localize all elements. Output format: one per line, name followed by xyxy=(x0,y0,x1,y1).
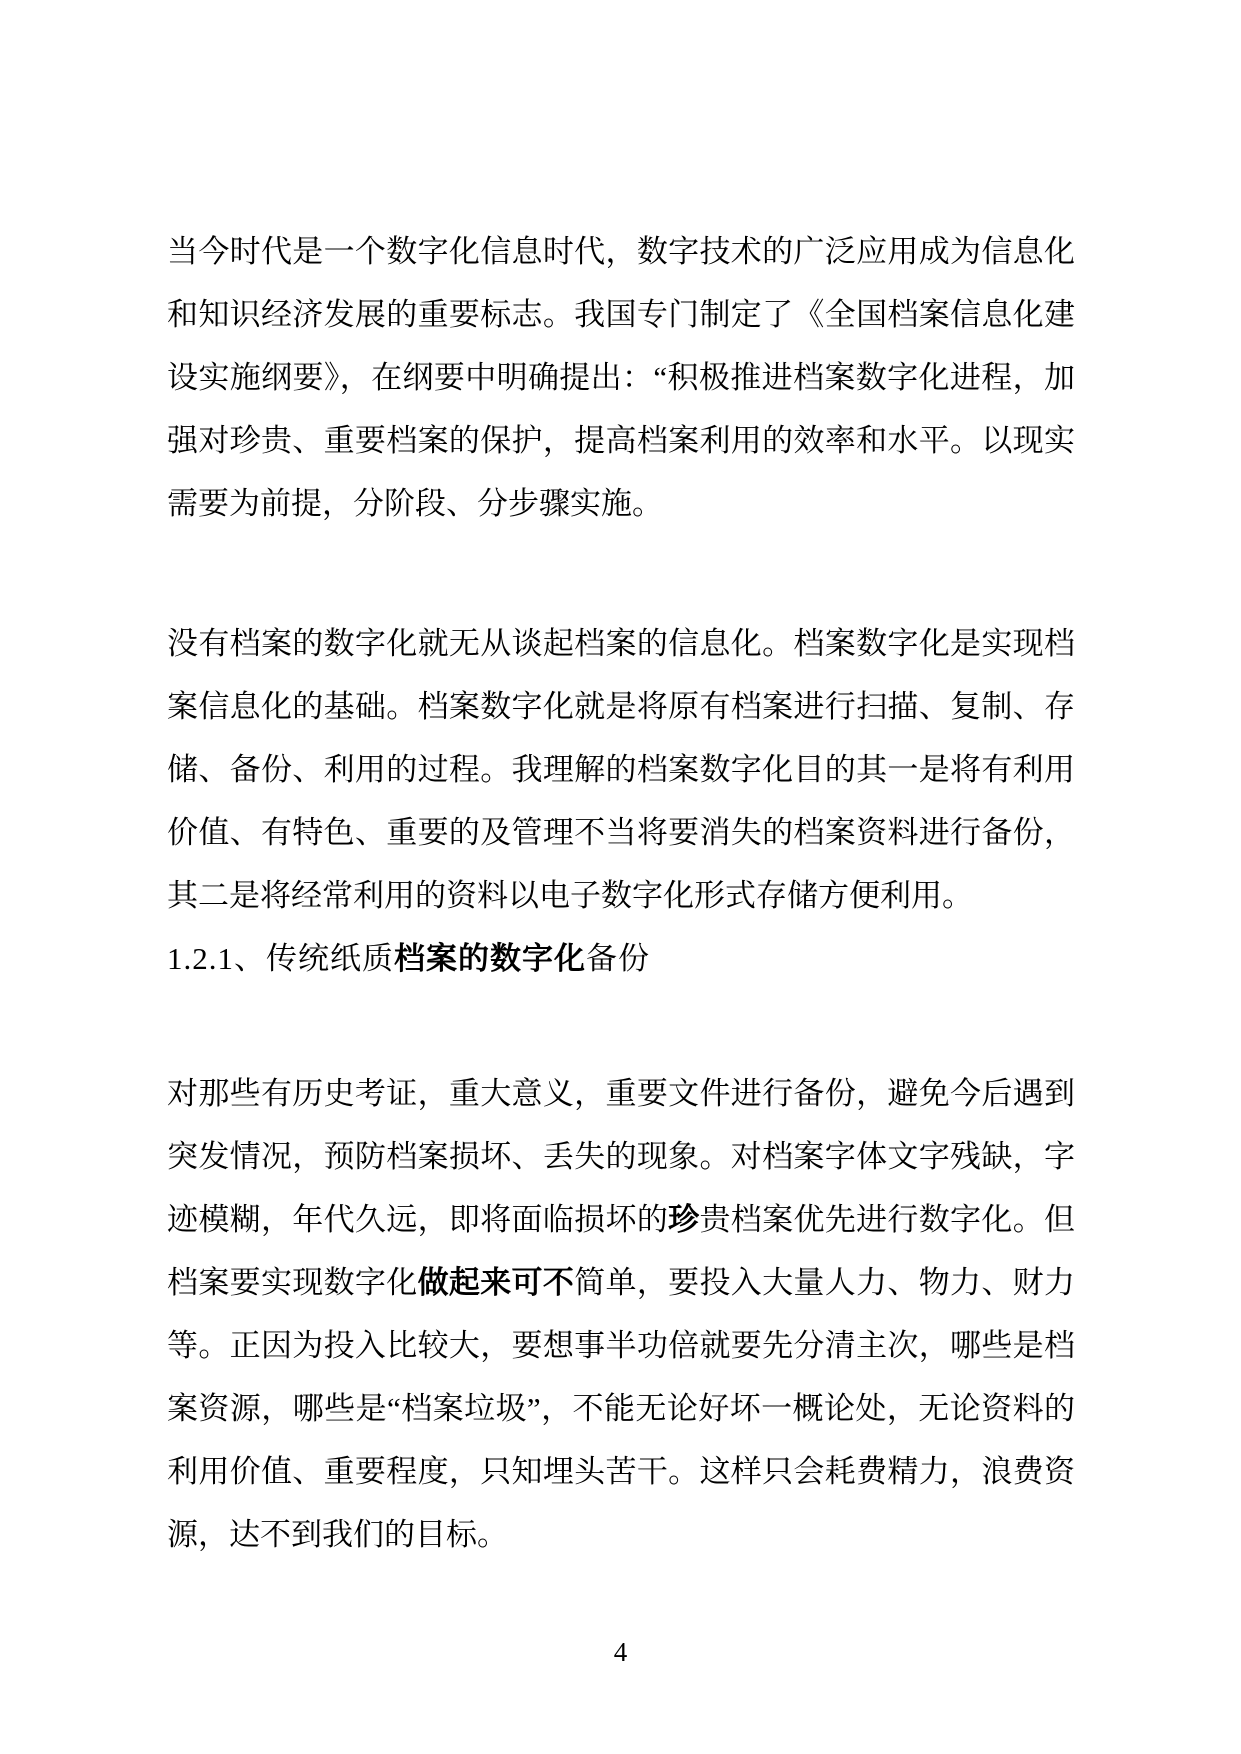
paragraph-intro: 当今时代是一个数字化信息时代，数字技术的广泛应用成为信息化和知识经济发展的重要标… xyxy=(167,220,1075,535)
page-number: 4 xyxy=(0,1632,1241,1672)
text-run: 没有档案的数字化就无从谈起档案的信息化。档案数字化是实现档案信息化的基础。档案数… xyxy=(167,626,1075,913)
bold-text-run: 珍 xyxy=(668,1202,699,1237)
paragraph-backup-detail: 对那些有历史考证，重大意义，重要文件进行备份，避免今后遇到突发情况，预防档案损坏… xyxy=(167,1062,1075,1566)
document-body: 当今时代是一个数字化信息时代，数字技术的广泛应用成为信息化和知识经济发展的重要标… xyxy=(167,220,1075,1566)
text-run: 当今时代是一个数字化信息时代，数字技术的广泛应用成为信息化和知识经济发展的重要标… xyxy=(167,234,1075,521)
document-page: 当今时代是一个数字化信息时代，数字技术的广泛应用成为信息化和知识经济发展的重要标… xyxy=(0,0,1241,1754)
text-run: 简单，要投入大量人力、物力、财力等。正因为投入比较大，要想事半功倍就要先分清主次… xyxy=(167,1265,1075,1552)
paragraph-digitization-basis: 没有档案的数字化就无从谈起档案的信息化。档案数字化是实现档案信息化的基础。档案数… xyxy=(167,612,1075,927)
bold-text-run: 做起来可不 xyxy=(418,1265,575,1300)
text-run: 1.2.1、传统纸质 xyxy=(167,941,394,976)
section-heading-1-2-1: 1.2.1、传统纸质档案的数字化备份 xyxy=(167,927,1075,990)
bold-text-run: 档案的数字化 xyxy=(394,941,586,976)
text-run: 备份 xyxy=(586,941,650,976)
